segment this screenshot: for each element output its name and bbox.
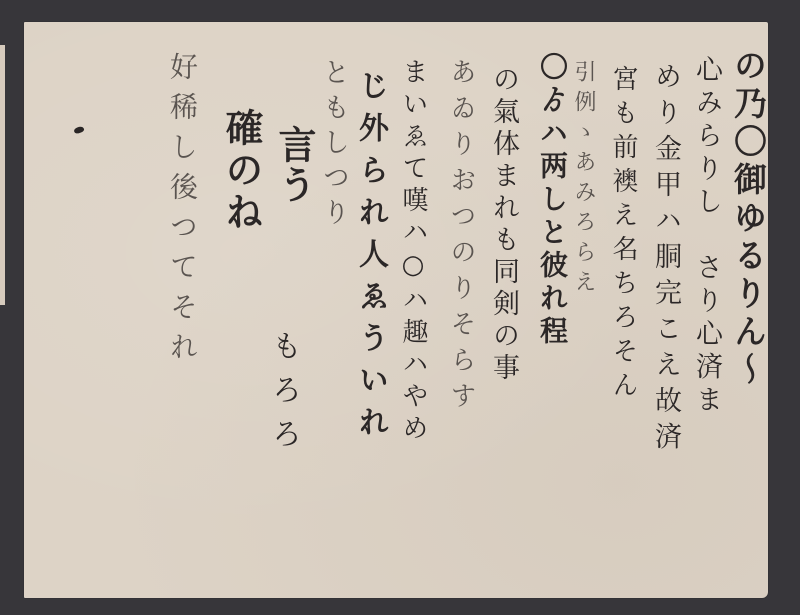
text-column-9: まいゑて嘆ハ○ハ趣ハやめ [400, 58, 426, 446]
text-column-10: じ外られ人ゑういれ [355, 70, 385, 448]
text-column-8: あゐりおつのりそらす [448, 58, 474, 418]
text-column-11: ともしつり [320, 58, 347, 233]
text-column-1: の乃〇御ゆるりん～ [732, 48, 765, 390]
text-column-2: 心みらりし さり心済ま [693, 55, 720, 418]
text-column-5: 引例ゝあみろらえ [572, 60, 594, 300]
text-column-13: もろろ [268, 330, 298, 462]
text-column-4: 宮も前襖え名ちろそん [610, 65, 636, 405]
adjacent-paper-strip [0, 45, 5, 305]
text-column-7: の氣体まれも同剣の事 [490, 65, 517, 385]
text-column-14: 確のね [222, 108, 260, 234]
text-column-6: 〇ゟハ两しと彼れ程 [538, 52, 566, 349]
text-column-3: めり金甲ハ胴完こえ故済 [652, 62, 679, 458]
text-column-15: 好稀し後つてそれ [168, 52, 196, 372]
text-column-12: 言う [275, 125, 313, 205]
